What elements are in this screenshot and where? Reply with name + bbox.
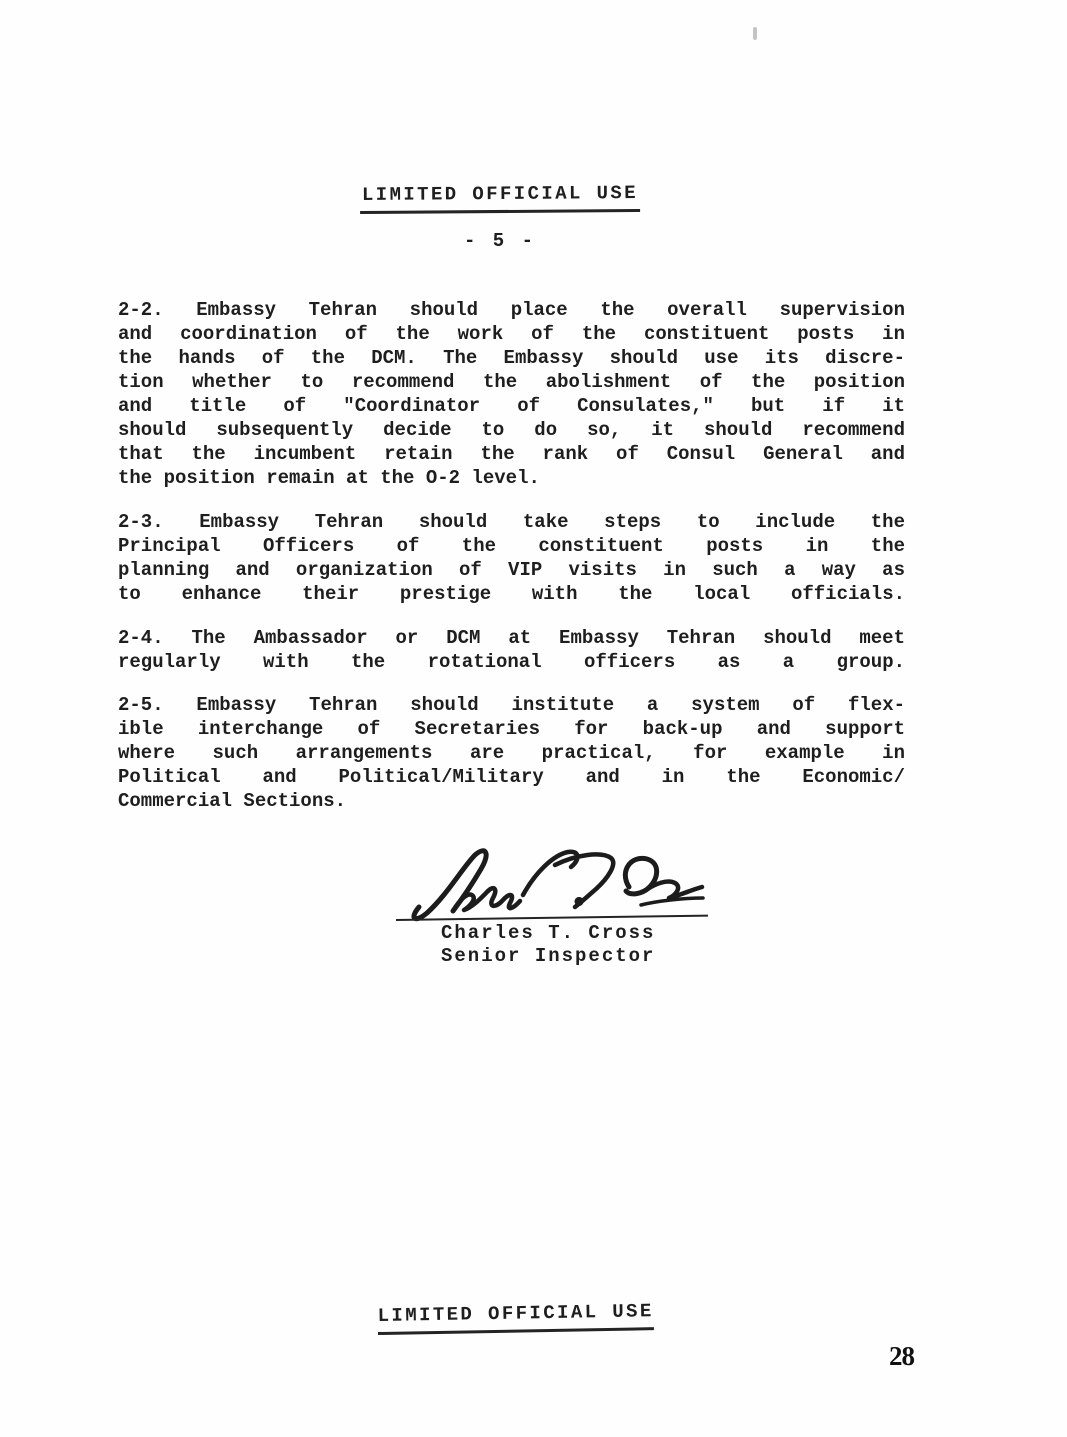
signatory-name: Charles T. Cross <box>441 922 655 945</box>
page-number: - 5 - <box>430 230 570 252</box>
signature-block: Charles T. Cross Senior Inspector <box>441 922 655 968</box>
text-line: to enhance their prestige with the local… <box>118 582 905 606</box>
paragraph-2-2: 2-2. Embassy Tehran should place the ove… <box>118 298 905 490</box>
text-line: where such arrangements are practical, f… <box>118 741 905 765</box>
document-page: LIMITED OFFICIAL USE - 5 - 2-2. Embassy … <box>0 0 1067 1437</box>
text-line: Commercial Sections. <box>118 789 905 813</box>
text-line: 2-5. Embassy Tehran should institute a s… <box>118 693 905 717</box>
text-line: 2-3. Embassy Tehran should take steps to… <box>118 510 905 534</box>
text-line: regularly with the rotational officers a… <box>118 650 905 674</box>
classification-footer: LIMITED OFFICIAL USE <box>377 1300 653 1335</box>
text-line: ible interchange of Secretaries for back… <box>118 717 905 741</box>
signatory-title: Senior Inspector <box>441 945 655 968</box>
text-line: that the incumbent retain the rank of Co… <box>118 442 905 466</box>
text-line: tion whether to recommend the abolishmen… <box>118 370 905 394</box>
text-line: Political and Political/Military and in … <box>118 765 905 789</box>
paragraph-2-5: 2-5. Embassy Tehran should institute a s… <box>118 693 905 813</box>
text-line: should subsequently decide to do so, it … <box>118 418 905 442</box>
scan-artifact-mark <box>753 27 757 40</box>
text-line: the position remain at the O-2 level. <box>118 466 905 490</box>
text-line: 2-2. Embassy Tehran should place the ove… <box>118 298 905 322</box>
sheet-number: 28 <box>889 1341 914 1372</box>
text-line: the hands of the DCM. The Embassy should… <box>118 346 905 370</box>
text-line: 2-4. The Ambassador or DCM at Embassy Te… <box>118 626 905 650</box>
text-line: planning and organization of VIP visits … <box>118 558 905 582</box>
paragraph-2-4: 2-4. The Ambassador or DCM at Embassy Te… <box>118 626 905 674</box>
text-line: and coordination of the work of the cons… <box>118 322 905 346</box>
text-line: and title of "Coordinator of Consulates,… <box>118 394 905 418</box>
text-line: Principal Officers of the constituent po… <box>118 534 905 558</box>
paragraph-2-3: 2-3. Embassy Tehran should take steps to… <box>118 510 905 606</box>
classification-header: LIMITED OFFICIAL USE <box>360 182 640 214</box>
